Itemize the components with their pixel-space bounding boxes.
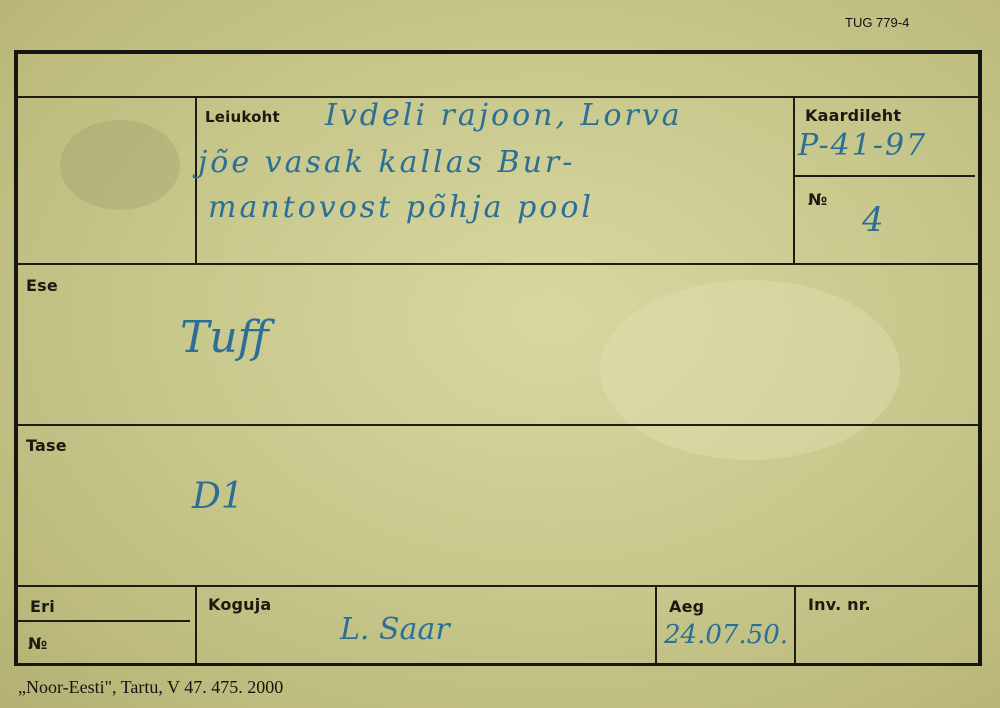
collector-value: L. Saar <box>340 612 450 647</box>
special-number-label: № <box>28 634 47 653</box>
map-sheet-label: Kaardileht <box>805 106 901 125</box>
collector-label: Koguja <box>208 595 271 614</box>
find-location-line-3: mantovost põhja pool <box>208 190 594 225</box>
printer-imprint: „Noor-Eesti", Tartu, V 47. 475. 2000 <box>18 677 283 698</box>
map-number-value: 4 <box>862 200 884 240</box>
object-value: Tuff <box>180 312 269 363</box>
paper-stain <box>60 120 180 210</box>
find-location-line-1: Ivdeli rajoon, Lorva <box>325 98 683 133</box>
find-location-label: Leiukoht <box>205 108 280 126</box>
date-value: 24.07.50. <box>664 620 788 650</box>
paper-light-area <box>600 280 900 460</box>
date-label: Aeg <box>669 597 704 616</box>
inventory-label: Inv. nr. <box>808 595 871 614</box>
map-sheet-value: P-41-97 <box>798 128 927 163</box>
object-label: Ese <box>26 276 58 295</box>
level-value: D1 <box>192 476 244 517</box>
find-location-line-2: jõe vasak kallas Bur- <box>198 145 575 180</box>
level-label: Tase <box>26 436 67 455</box>
reference-code: TUG 779-4 <box>845 15 909 30</box>
map-number-label: № <box>808 190 827 209</box>
special-label: Eri <box>30 597 55 616</box>
